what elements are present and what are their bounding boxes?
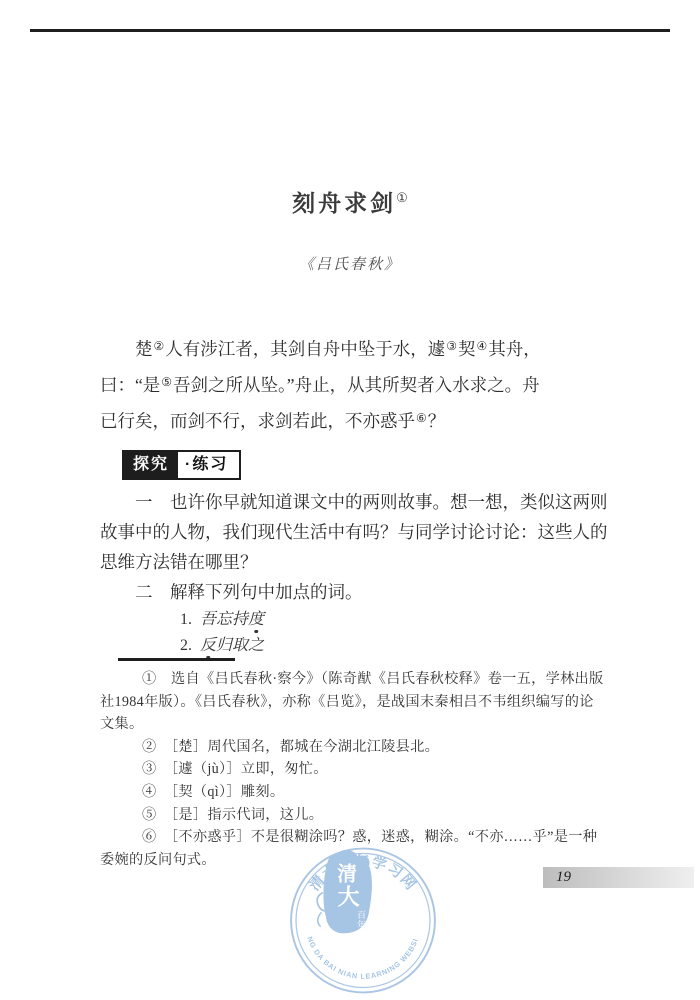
exercise-section: 一 也许你早就知道课文中的两则故事。想一想，类似这两则 故事中的人物，我们现代生…	[100, 487, 606, 659]
svg-text:清: 清	[337, 862, 357, 885]
explore-label: 探究	[124, 452, 178, 478]
body-line: 曰：“是⑤吾剑之所从坠。”舟止，从其所契者入水求之。舟	[100, 366, 606, 402]
exercise-item-1: 1.吾忘持度	[180, 607, 606, 633]
page-number-bar: 19	[543, 867, 694, 888]
item-text: 吾忘持	[200, 611, 248, 628]
svg-text:年: 年	[357, 919, 366, 930]
footnote-ref: ④	[477, 339, 488, 353]
exercise-question-1-line: 思维方法错在哪里？	[100, 547, 606, 577]
practice-label: ·练习	[178, 452, 239, 478]
footnote-3: ③ ［遽（jù）］立即，匆忙。	[100, 758, 608, 781]
footnote-1: ① 选自《吕氏春秋·察今》（陈奇猷《吕氏春秋校释》卷一五，学林出版	[100, 668, 608, 691]
source-attribution: 《吕氏春秋》	[0, 253, 700, 274]
exercise-item-2: 2.反归取之	[180, 633, 606, 659]
page-number: 19	[543, 867, 694, 888]
watermark-seal: 清大百年学习网 QING DA BAI NIAN LEARNING WEBSIT…	[258, 841, 468, 1000]
emphasis-dot-char: 反	[200, 637, 216, 654]
footnote-ref: ⑥	[416, 411, 427, 425]
body-line: 楚②人有涉江者，其剑自舟中坠于水，遽③契④其舟，	[100, 330, 606, 366]
title-footnote-ref: ①	[396, 190, 408, 205]
item-text: 归取之	[216, 637, 264, 654]
footnote-4: ④ ［契（qì）］雕刻。	[100, 781, 608, 804]
body-paragraph: 楚②人有涉江者，其剑自舟中坠于水，遽③契④其舟， 曰：“是⑤吾剑之所从坠。”舟止…	[100, 330, 606, 438]
footnote-ref: ③	[446, 339, 457, 353]
lesson-title: 刻舟求剑	[292, 191, 396, 216]
svg-text:百: 百	[357, 910, 366, 920]
svg-text:大: 大	[338, 885, 360, 910]
exercise-question-1-line: 故事中的人物，我们现代生活中有吗？与同学讨论讨论：这些人的	[100, 517, 606, 547]
top-page-rule	[30, 29, 670, 32]
footnote-separator	[118, 658, 235, 661]
exercise-question-1-line: 一 也许你早就知道课文中的两则故事。想一想，类似这两则	[100, 487, 606, 517]
explore-practice-box: 探究 ·练习	[122, 450, 241, 480]
footnote-1: 文集。	[100, 713, 608, 736]
footnote-2: ② ［楚］周代国名，都城在今湖北江陵县北。	[100, 736, 608, 759]
page-title: 刻舟求剑①	[0, 185, 700, 218]
watermark-seal-glyph: 清 大 百 年	[317, 850, 372, 933]
emphasis-dot-char: 度	[248, 611, 264, 628]
footnote-ref: ②	[154, 339, 165, 353]
footnote-ref: ⑤	[161, 375, 172, 389]
body-line: 已行矣，而剑不行，求剑若此，不亦惑乎⑥？	[100, 402, 606, 438]
textbook-page: { "page": { "number": "19" }, "title": {…	[0, 0, 700, 1000]
footnote-5: ⑤ ［是］指示代词，这儿。	[100, 804, 608, 827]
item-number: 2.	[180, 637, 192, 654]
item-number: 1.	[180, 611, 192, 628]
exercise-question-2: 二 解释下列句中加点的词。	[100, 577, 606, 607]
footnote-1: 社1984年版）。《吕氏春秋》，亦称《吕览》，是战国末秦相吕不韦组织编写的论	[100, 691, 608, 714]
